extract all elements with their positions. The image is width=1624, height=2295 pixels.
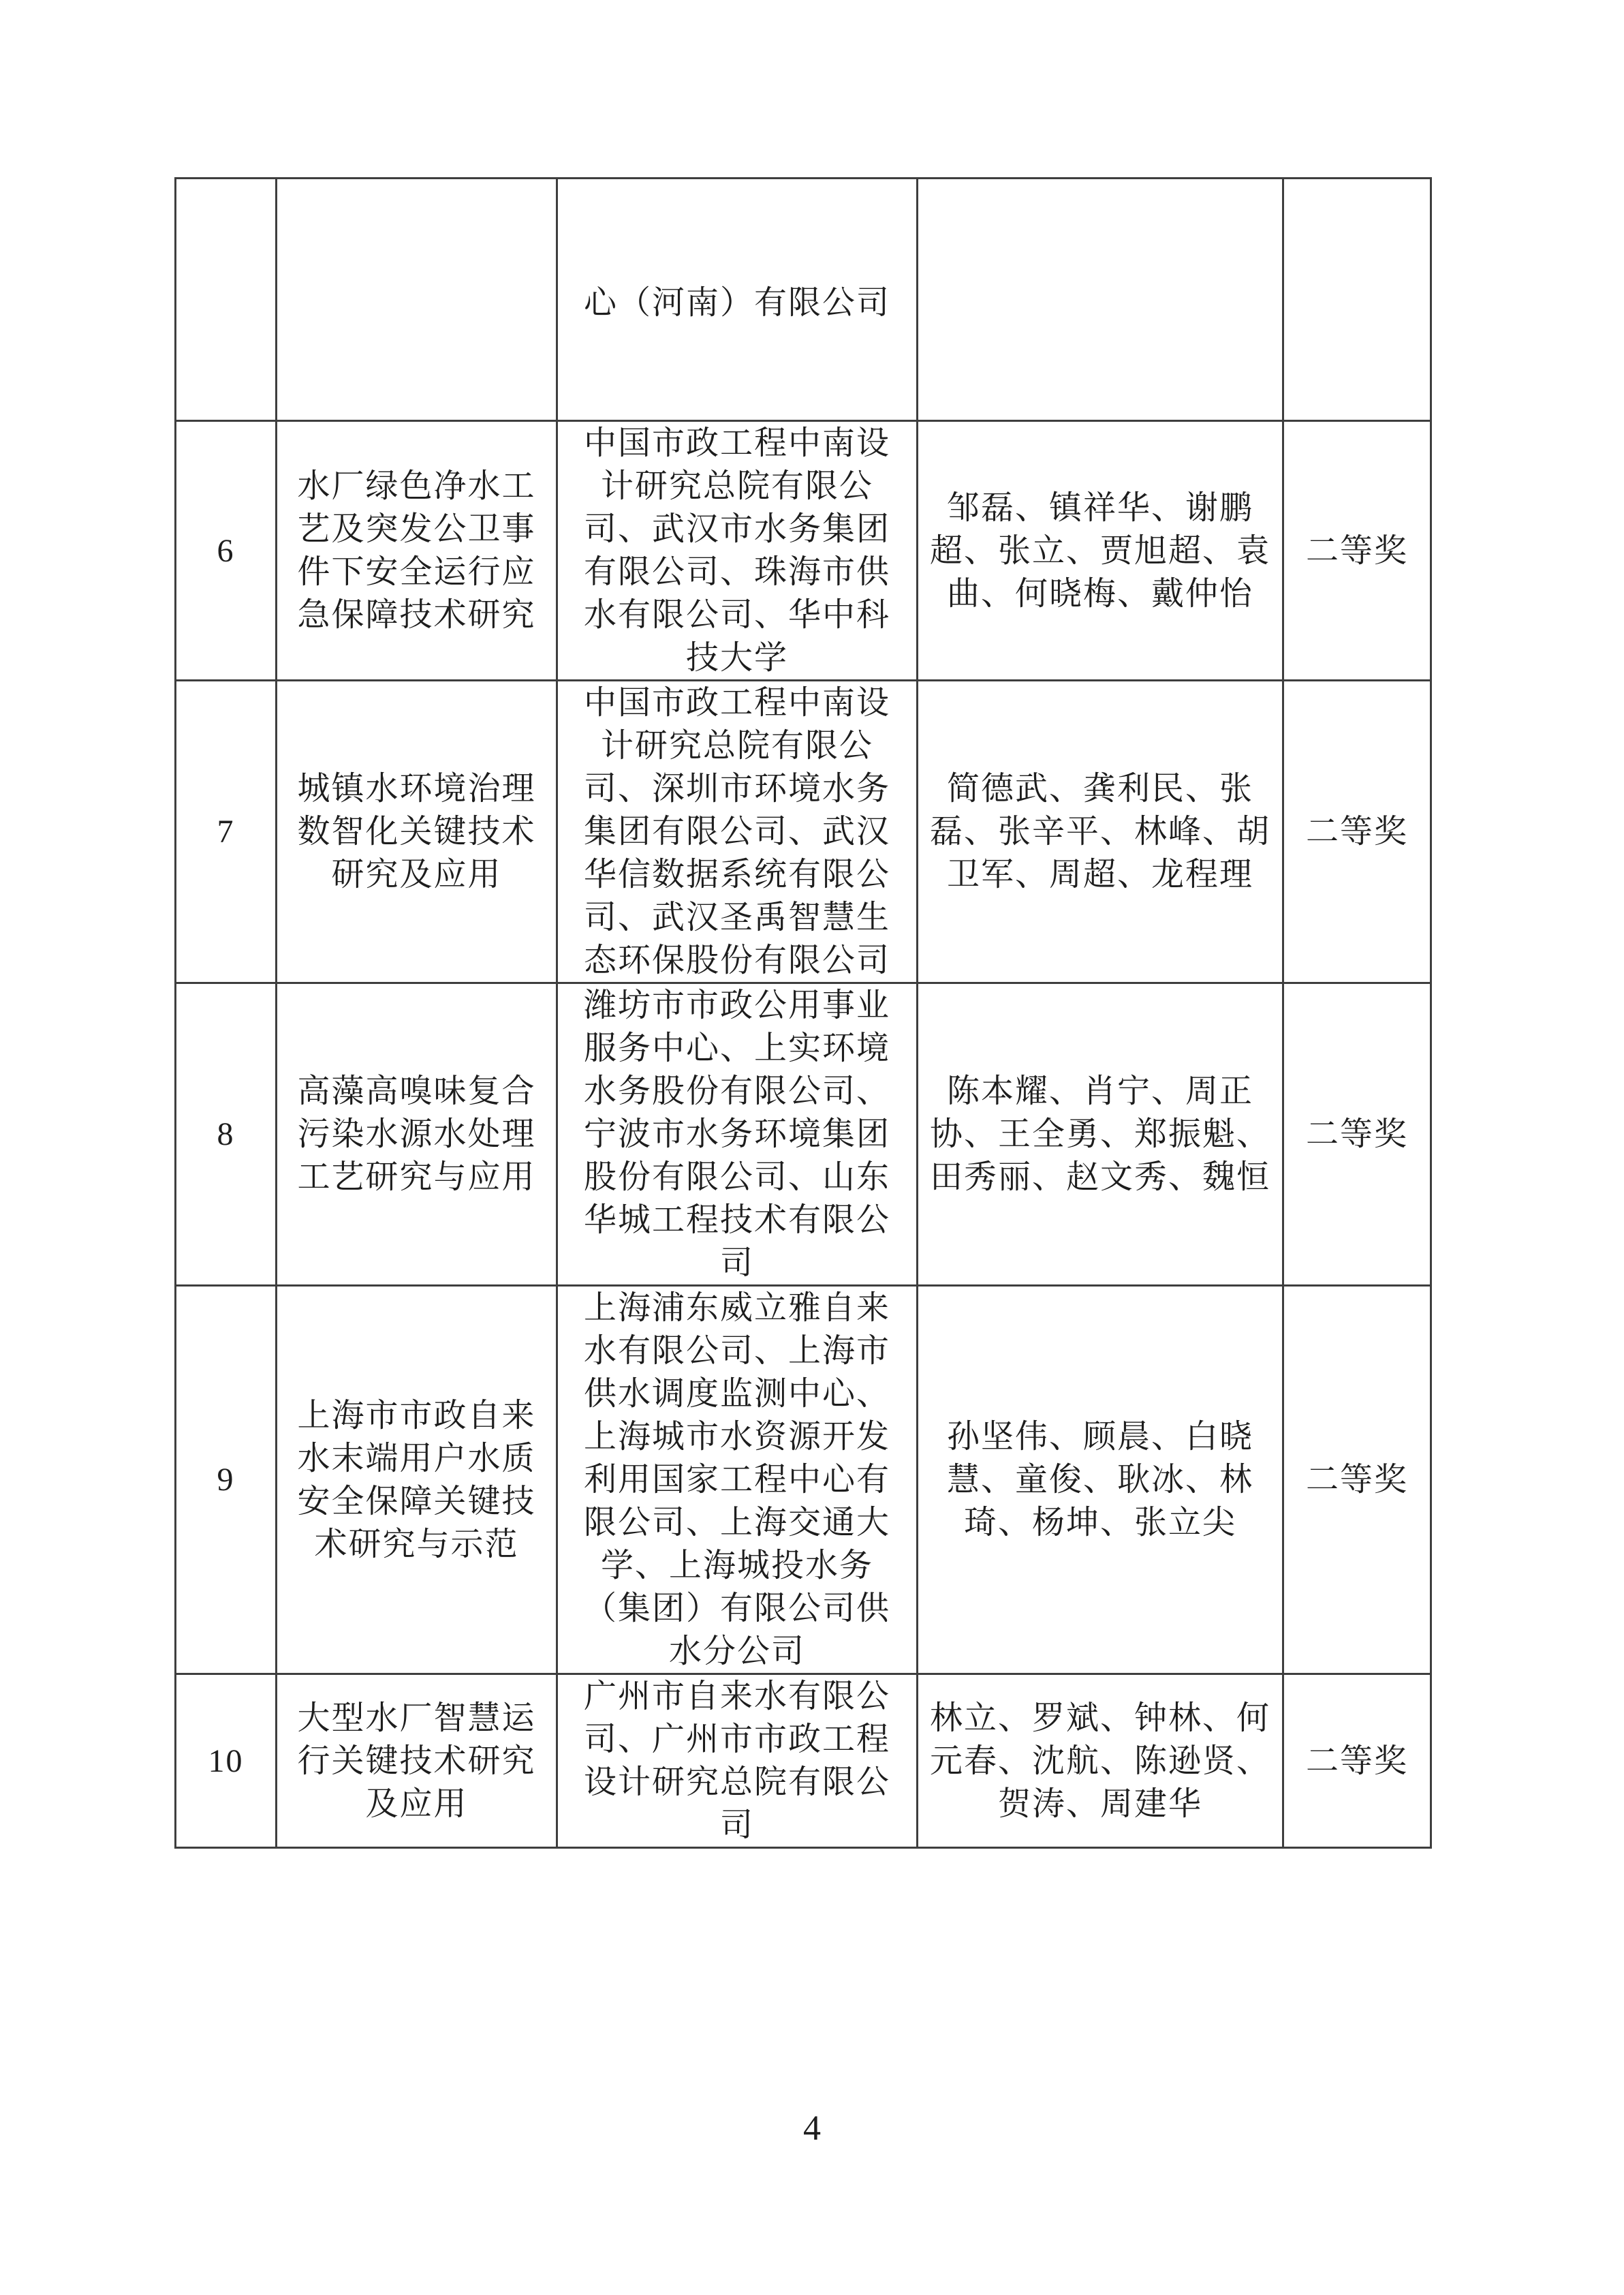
people-cell: 孙坚伟、顾晨、白晓慧、童俊、耿冰、林琦、杨坤、张立尖 xyxy=(918,1286,1283,1674)
table-row: 7 城镇水环境治理数智化关键技术研究及应用 中国市政工程中南设计研究总院有限公司… xyxy=(176,681,1431,983)
document-page: 心（河南）有限公司 6 水厂绿色净水工艺及突发公卫事件下安全运行应急保障技术研究… xyxy=(0,0,1624,2295)
people-cell: 林立、罗斌、钟林、何元春、沈航、陈逊贤、贺涛、周建华 xyxy=(918,1674,1283,1848)
award-cell: 二等奖 xyxy=(1283,1286,1431,1674)
awards-table: 心（河南）有限公司 6 水厂绿色净水工艺及突发公卫事件下安全运行应急保障技术研究… xyxy=(174,177,1432,1849)
award-cell xyxy=(1283,179,1431,421)
organizations-cell: 心（河南）有限公司 xyxy=(557,179,918,421)
award-cell: 二等奖 xyxy=(1283,681,1431,983)
project-name-cell: 上海市市政自来水末端用户水质安全保障关键技术研究与示范 xyxy=(277,1286,557,1674)
organizations-cell: 中国市政工程中南设计研究总院有限公司、深圳市环境水务集团有限公司、武汉华信数据系… xyxy=(557,681,918,983)
project-name-cell: 水厂绿色净水工艺及突发公卫事件下安全运行应急保障技术研究 xyxy=(277,421,557,681)
row-number-cell: 6 xyxy=(176,421,277,681)
project-name-cell: 高藻高嗅味复合污染水源水处理工艺研究与应用 xyxy=(277,983,557,1286)
row-number-cell: 9 xyxy=(176,1286,277,1674)
organizations-cell: 广州市自来水有限公司、广州市市政工程设计研究总院有限公司 xyxy=(557,1674,918,1848)
row-number-cell: 8 xyxy=(176,983,277,1286)
project-name-cell xyxy=(277,179,557,421)
page-number: 4 xyxy=(0,2108,1624,2149)
award-cell: 二等奖 xyxy=(1283,983,1431,1286)
award-cell: 二等奖 xyxy=(1283,421,1431,681)
table-row: 9 上海市市政自来水末端用户水质安全保障关键技术研究与示范 上海浦东威立雅自来水… xyxy=(176,1286,1431,1674)
table-row: 10 大型水厂智慧运行关键技术研究及应用 广州市自来水有限公司、广州市市政工程设… xyxy=(176,1674,1431,1848)
table-row: 8 高藻高嗅味复合污染水源水处理工艺研究与应用 潍坊市市政公用事业服务中心、上实… xyxy=(176,983,1431,1286)
organizations-cell: 中国市政工程中南设计研究总院有限公司、武汉市水务集团有限公司、珠海市供水有限公司… xyxy=(557,421,918,681)
row-number-cell: 10 xyxy=(176,1674,277,1848)
organizations-cell: 上海浦东威立雅自来水有限公司、上海市供水调度监测中心、上海城市水资源开发利用国家… xyxy=(557,1286,918,1674)
table-row: 6 水厂绿色净水工艺及突发公卫事件下安全运行应急保障技术研究 中国市政工程中南设… xyxy=(176,421,1431,681)
people-cell xyxy=(918,179,1283,421)
people-cell: 陈本耀、肖宁、周正协、王全勇、郑振魁、田秀丽、赵文秀、魏恒 xyxy=(918,983,1283,1286)
award-cell: 二等奖 xyxy=(1283,1674,1431,1848)
organizations-cell: 潍坊市市政公用事业服务中心、上实环境水务股份有限公司、宁波市水务环境集团股份有限… xyxy=(557,983,918,1286)
people-cell: 邹磊、镇祥华、谢鹏超、张立、贾旭超、袁曲、何晓梅、戴仲怡 xyxy=(918,421,1283,681)
table-row-carryover: 心（河南）有限公司 xyxy=(176,179,1431,421)
people-cell: 简德武、龚利民、张磊、张辛平、林峰、胡卫军、周超、龙程理 xyxy=(918,681,1283,983)
project-name-cell: 城镇水环境治理数智化关键技术研究及应用 xyxy=(277,681,557,983)
project-name-cell: 大型水厂智慧运行关键技术研究及应用 xyxy=(277,1674,557,1848)
row-number-cell: 7 xyxy=(176,681,277,983)
row-number-cell xyxy=(176,179,277,421)
